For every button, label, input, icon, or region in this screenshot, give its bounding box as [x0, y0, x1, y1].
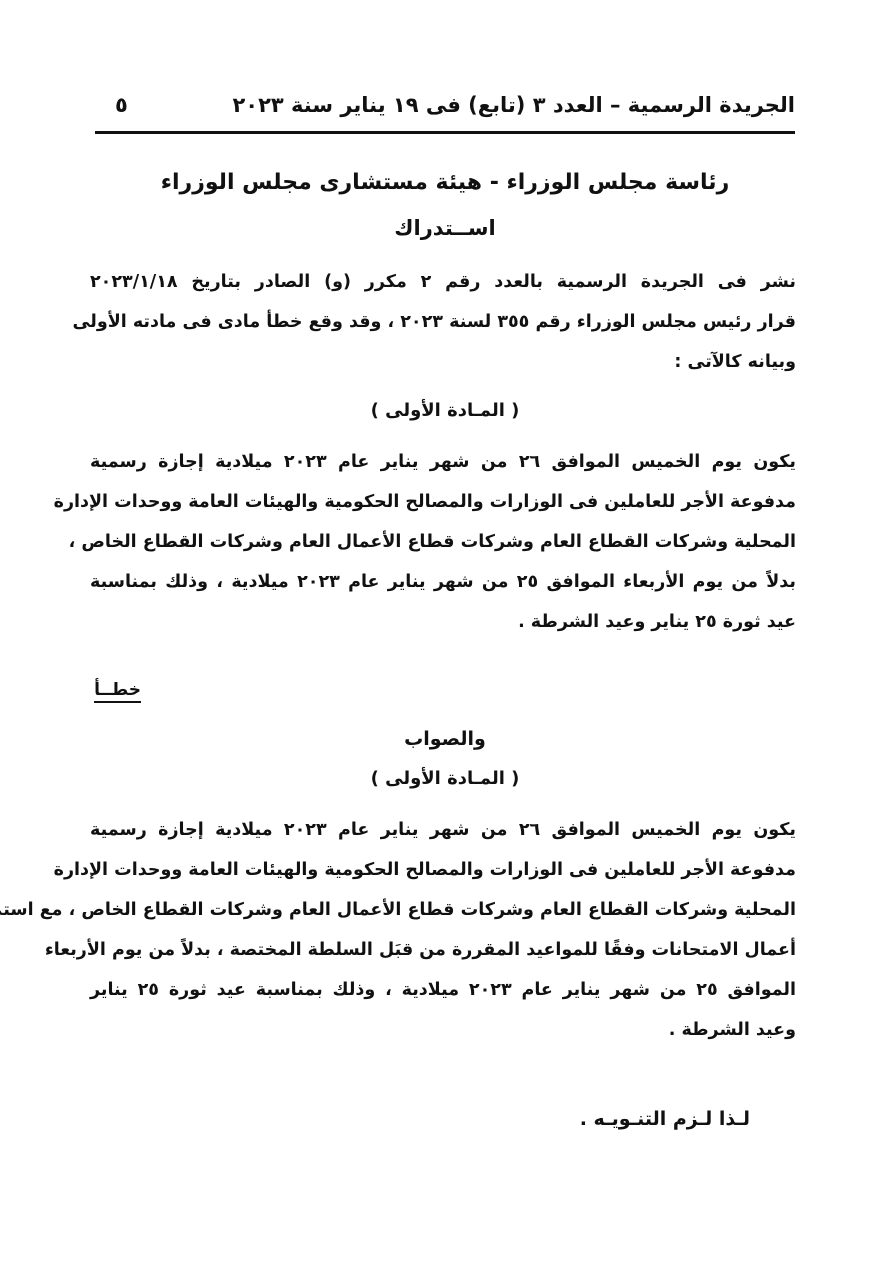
intro-line: نشر فى الجريدة الرسمية بالعدد رقم ٢ مكرر…: [90, 262, 796, 302]
intro-paragraph: نشر فى الجريدة الرسمية بالعدد رقم ٢ مكرر…: [90, 262, 796, 382]
correction-label: والصواب: [95, 728, 795, 750]
intro-line: وبيانه كالآتى :: [90, 342, 796, 382]
error-article-title: ( المـادة الأولى ): [95, 400, 795, 421]
correction-line-text: المحلية وشركات القطاع العام وشركات قطاع …: [63, 900, 796, 920]
correction-line: الموافق ٢٥ من شهر يناير عام ٢٠٢٣ ميلادية…: [90, 970, 796, 1010]
correction-line: أعمال الامتحانات وفقًا للمواعيد المقررة …: [90, 930, 796, 970]
error-line: بدلاً من يوم الأربعاء الموافق ٢٥ من شهر …: [90, 562, 796, 602]
correction-line-text: ، بدلاً من يوم الأربعاء: [45, 940, 230, 960]
closing-note: لـذا لـزم التنـويـه .: [580, 1108, 750, 1130]
gazette-page: الجريدة الرسمية – العدد ٣ (تابع) فى ١٩ ي…: [0, 0, 886, 1280]
header-divider: [95, 131, 795, 134]
correction-line: المحلية وشركات القطاع العام وشركات قطاع …: [90, 890, 796, 930]
correction-line: وعيد الشرطة .: [90, 1010, 796, 1050]
emphasized-addition: أعمال الامتحانات وفقًا للمواعيد المقررة …: [230, 940, 796, 960]
error-line: مدفوعة الأجر للعاملين فى الوزارات والمصا…: [90, 482, 796, 522]
issuing-authority-heading: رئاسة مجلس الوزراء - هيئة مستشارى مجلس ا…: [95, 170, 795, 195]
correction-article-text: يكون يوم الخميس الموافق ٢٦ من شهر يناير …: [90, 810, 796, 1050]
error-label: خطــأ: [94, 680, 141, 703]
error-article-text: يكون يوم الخميس الموافق ٢٦ من شهر يناير …: [90, 442, 796, 642]
page-number: ٥: [115, 93, 128, 117]
correction-line: يكون يوم الخميس الموافق ٢٦ من شهر يناير …: [90, 810, 796, 850]
error-line: عيد ثورة ٢٥ يناير وعيد الشرطة .: [90, 602, 796, 642]
correction-notice-title: اســتدراك: [95, 216, 795, 240]
error-line: المحلية وشركات القطاع العام وشركات قطاع …: [90, 522, 796, 562]
intro-line: قرار رئيس مجلس الوزراء رقم ٣٥٥ لسنة ٢٠٢٣…: [90, 302, 796, 342]
correction-line: مدفوعة الأجر للعاملين فى الوزارات والمصا…: [90, 850, 796, 890]
emphasized-addition: مع استمرار: [0, 900, 63, 920]
running-header: الجريدة الرسمية – العدد ٣ (تابع) فى ١٩ ي…: [95, 88, 795, 122]
error-line: يكون يوم الخميس الموافق ٢٦ من شهر يناير …: [90, 442, 796, 482]
gazette-issue-title: الجريدة الرسمية – العدد ٣ (تابع) فى ١٩ ي…: [232, 93, 795, 117]
correction-article-title: ( المـادة الأولى ): [95, 768, 795, 789]
